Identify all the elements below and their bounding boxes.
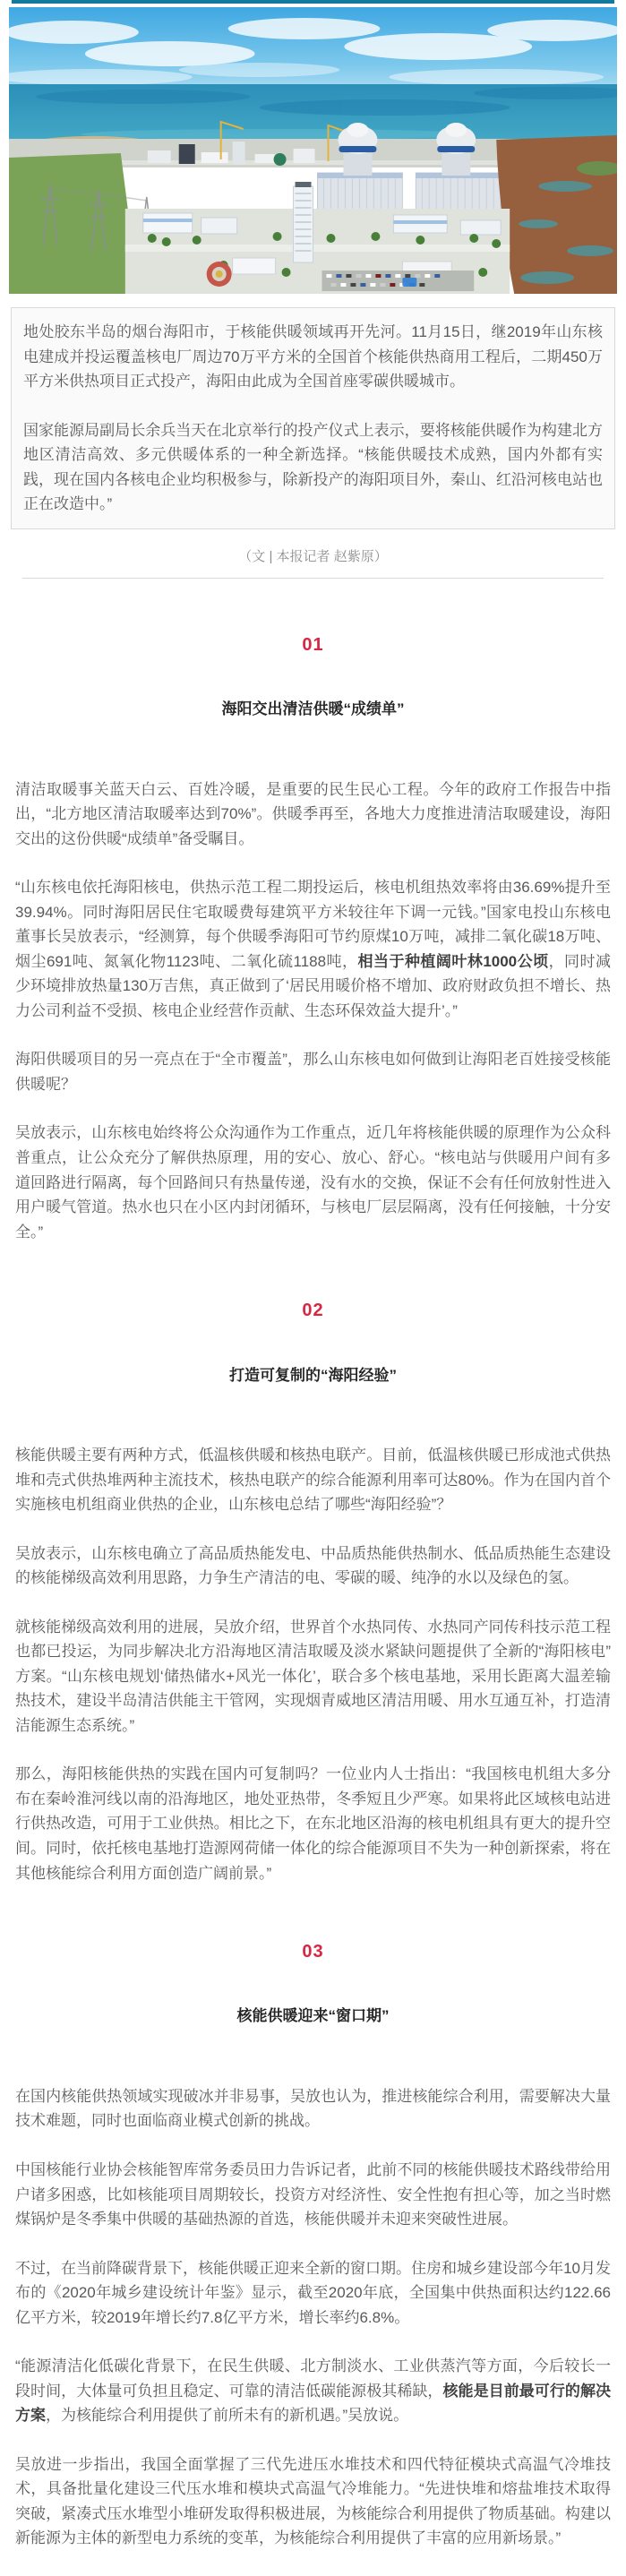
red-plaza [207,262,232,287]
paragraph: 地处胶东半岛的烟台海阳市，于核能供暖领域再开先河。11月15日，继2019年山东… [23,320,603,394]
section-title: 打造可复制的“海阳经验” [15,1363,611,1388]
paragraph: “能源清洁化低碳化背景下，在民生供暖、北方制淡水、工业供蒸汽等方面，今后较长一段… [15,2354,611,2428]
section-divider [22,578,604,579]
text-run: 国家能源局副局长余兵当天在北京举行的投产仪式上表示，要将核能供暖作为构建北方地区… [23,422,603,513]
paragraph: 清洁取暖事关蓝天白云、百姓冷暖，是重要的民生民心工程。今年的政府工作报告中指出，… [15,777,611,852]
paragraph: 吴放表示，山东核电始终将公众沟通作为工作重点，近几年将核能供暖的原理作为公众科普… [15,1121,611,1244]
article-section: 02打造可复制的“海阳经验”核能供暖主要有两种方式，低温核供暖和核热电联产。目前… [15,1296,611,1885]
top-divider-bar [12,0,614,4]
text-run: ，为核能综合利用提供了前所未有的新机遇。”吴放说。 [46,2407,408,2424]
text-run: 吴放进一步指出，我国全面掌握了三代先进压水堆技术和四代特征模块式高温气冷堆技术，… [15,2456,611,2547]
text-run: 在国内核能供热领域实现破冰并非易事，吴放也认为，推进核能综合利用，需要解决大量技… [15,2088,611,2130]
text-run: 吴放表示，山东核电始终将公众沟通作为工作重点，近几年将核能供暖的原理作为公众科普… [15,1124,611,1240]
text-run: 地处胶东半岛的烟台海阳市，于核能供暖领域再开先河。11月15日，继2019年山东… [23,323,603,390]
paragraph: 不过，在当前降碳背景下，核能供暖正迎来全新的窗口期。住房和城乡建设部今年10月发… [15,2256,611,2331]
sections-container: 01海阳交出清洁供暖“成绩单”清洁取暖事关蓝天白云、百姓冷暖，是重要的民生民心工… [15,631,611,2551]
parking-lot [322,270,474,291]
text-run: 核能供暖主要有两种方式，低温核供暖和核热电联产。目前，低温核供暖已形成池式供热堆… [15,1447,611,1513]
article-section: 01海阳交出清洁供暖“成绩单”清洁取暖事关蓝天白云、百姓冷暖，是重要的民生民心工… [15,631,611,1244]
text-run: 不过，在当前降碳背景下，核能供暖正迎来全新的窗口期。住房和城乡建设部今年10月发… [15,2260,611,2326]
text-run: 清洁取暖事关蓝天白云、百姓冷暖，是重要的民生民心工程。今年的政府工作报告中指出，… [15,781,611,847]
photo-watermark [402,278,416,287]
paragraph: 那么，海阳核能供热的实践在国内可复制吗？一位业内人士指出：“我国核电机组大多分布… [15,1762,611,1885]
paragraph: 就核能梯级高效利用的进展，吴放介绍，世界首个水热同传、水热同产同传科技示范工程也… [15,1615,611,1739]
paragraph: 在国内核能供热领域实现破冰并非易事，吴放也认为，推进核能综合利用，需要解决大量技… [15,2084,611,2134]
near-shore-water [81,129,474,140]
section-title: 核能供暖迎来“窗口期” [15,2004,611,2029]
tidal-flats [496,135,617,294]
campus-road [125,245,510,252]
paragraph: 吴放表示，山东核电确立了高品质热能发电、中品质热能供热制水、低品质热能生态建设的… [15,1541,611,1591]
text-run: 那么，海阳核能供热的实践在国内可复制吗？一位业内人士指出：“我国核电机组大多分布… [15,1765,611,1881]
section-number: 01 [15,631,611,659]
paragraph: 核能供暖主要有两种方式，低温核供暖和核热电联产。目前，低温核供暖已形成池式供热堆… [15,1443,611,1517]
text-run: 就核能梯级高效利用的进展，吴放介绍，世界首个水热同传、水热同产同传科技示范工程也… [15,1619,611,1734]
article-page: 地处胶东半岛的烟台海阳市，于核能供暖领域再开先河。11月15日，继2019年山东… [0,0,626,2576]
paragraph: 海阳供暖项目的另一亮点在于“全市覆盖”，那么山东核电如何做到让海阳老百姓接受核能… [15,1047,611,1096]
green-fields [9,153,139,294]
article-section: 03核能供暖迎来“窗口期”在国内核能供热领域实现破冰并非易事，吴放也认为，推进核… [15,1937,611,2551]
article-body: 地处胶东半岛的烟台海阳市，于核能供暖领域再开先河。11月15日，继2019年山东… [0,307,626,2576]
section-number: 03 [15,1937,611,1966]
paragraph: 中国核能行业协会核能智库常务委员田力告诉记者，此前不同的核能供暖技术路线带给用户… [15,2158,611,2232]
text-run: 吴放表示，山东核电确立了高品质热能发电、中品质热能供热制水、低品质热能生态建设的… [15,1545,611,1587]
text-run: 海阳供暖项目的另一亮点在于“全市覆盖”，那么山东核电如何做到让海阳老百姓接受核能… [15,1051,611,1093]
office-tower [294,182,313,262]
text-run: 中国核能行业协会核能智库常务委员田力告诉记者，此前不同的核能供暖技术路线带给用户… [15,2161,611,2228]
section-title: 海阳交出清洁供暖“成绩单” [15,697,611,722]
paragraph: 吴放进一步指出，我国全面掌握了三代先进压水堆技术和四代特征模块式高温气冷堆技术，… [15,2452,611,2551]
intro-quote-box: 地处胶东半岛的烟台海阳市，于核能供暖领域再开先河。11月15日，继2019年山东… [11,307,615,529]
section-number: 02 [15,1296,611,1325]
bold-emphasis: 相当于种植阔叶林1000公顷 [358,953,549,970]
paragraph: 国家能源局副局长余兵当天在北京举行的投产仪式上表示，要将核能供暖作为构建北方地区… [23,418,603,517]
hero-photo[interactable] [9,7,617,294]
paragraph: “山东核电依托海阳核电，供热示范工程二期投运后，核电机组热效率将由36.69%提… [15,875,611,1023]
nuclear-plant-aerial-photo [9,7,617,294]
byline: （文 | 本报记者 赵紫原） [15,547,611,566]
